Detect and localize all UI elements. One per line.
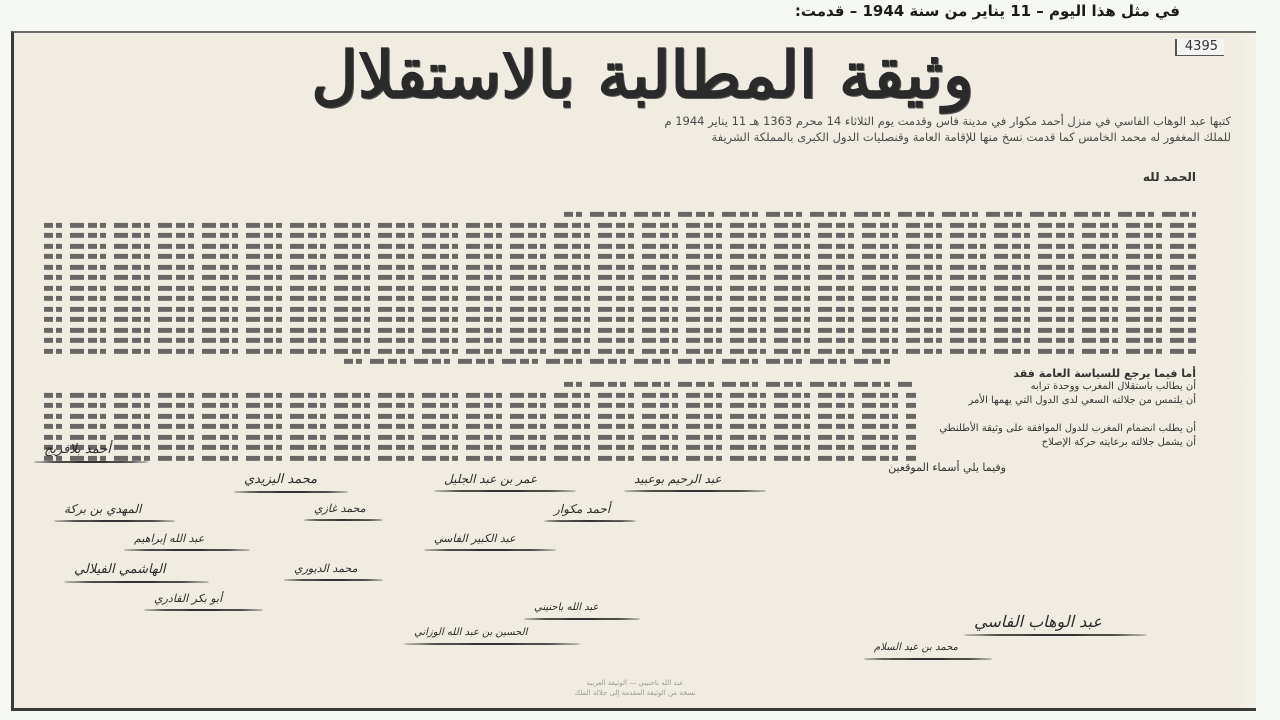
signature-flourish	[544, 520, 636, 522]
body-text-line	[44, 222, 1196, 227]
body-text-line	[44, 424, 916, 429]
footnote: عبد الله باحنيني — الوثيقة العربية نسخة …	[194, 678, 1076, 698]
body-text-line	[564, 382, 916, 387]
signature: عبد الله إبراهيم	[134, 532, 204, 545]
signature: أحمد بلافريج	[44, 442, 111, 457]
body-text-line	[44, 296, 1196, 301]
signature: عبد الوهاب الفاسي	[974, 612, 1102, 631]
signature-flourish	[864, 658, 992, 660]
signature-flourish	[964, 634, 1147, 636]
signature-flourish	[64, 581, 209, 583]
signature: محمد غازي	[314, 502, 366, 515]
body-text-line	[44, 455, 916, 460]
list-item: أن يطلب انضمام المغرب للدول الموافقة على…	[939, 423, 1196, 434]
signature-flourish	[34, 461, 148, 463]
document-body	[44, 209, 1196, 367]
body-text-line	[44, 317, 1196, 322]
document-subtitle: كتبها عبد الوهاب الفاسي في منزل أحمد مكو…	[54, 113, 1231, 145]
signature: عبد الرحيم بوعبيد	[634, 472, 722, 486]
signature-flourish	[434, 490, 576, 492]
signature: محمد اليزيدي	[244, 472, 317, 487]
body-text-line	[44, 348, 1196, 353]
body-text-line	[344, 359, 896, 364]
signature-flourish	[304, 519, 383, 521]
signature-flourish	[284, 579, 383, 581]
signature-flourish	[524, 618, 640, 620]
salutation: الحمد لله	[1143, 170, 1196, 184]
signature: عمر بن عبد الجليل	[444, 472, 537, 486]
signature: أحمد مكوار	[554, 502, 610, 516]
signature-flourish	[234, 491, 348, 493]
signature: أبو بكر القادري	[154, 592, 222, 605]
body-text-line	[44, 233, 1196, 238]
signature-flourish	[144, 609, 263, 611]
body-text-line	[44, 285, 1196, 290]
body-text-line	[44, 254, 1196, 259]
subtitle-line: كتبها عبد الوهاب الفاسي في منزل أحمد مكو…	[54, 113, 1231, 129]
signature-flourish	[404, 643, 580, 645]
signature: الحسين بن عبد الله الوزاني	[414, 627, 527, 638]
body-text-line	[44, 403, 916, 408]
subtitle-line: للملك المغفور له محمد الخامس كما قدمت نس…	[54, 129, 1231, 145]
body-text-line	[44, 243, 1196, 248]
body-text-line	[44, 413, 916, 418]
signature-flourish	[424, 549, 556, 551]
section-heading: أما فيما يرجع للسياسة العامة فقد	[1013, 367, 1196, 380]
list-item: أن يشمل جلالته برعايته حركة الإصلاح	[1042, 437, 1196, 448]
body-text-line	[44, 264, 1196, 269]
signature: الهاشمي الفيلالي	[74, 562, 166, 577]
signature-flourish	[54, 520, 175, 522]
footnote-line: نسخة من الوثيقة المقدمة إلى جلالة الملك	[194, 688, 1076, 698]
list-item: أن يطالب باستقلال المغرب ووحدة ترابه	[1031, 381, 1196, 392]
photo-caption: في مثل هذا اليوم – 11 يناير من سنة 1944 …	[0, 2, 1180, 20]
body-text-line	[564, 212, 1196, 217]
body-text-line	[44, 338, 1196, 343]
body-text-line	[44, 434, 916, 439]
body-text-line	[44, 327, 1196, 332]
signature: عبد الله باحنيني	[534, 602, 599, 613]
body-text-line	[44, 392, 916, 397]
list-item: أن يلتمس من جلالته السعي لدى الدول التي …	[969, 395, 1196, 406]
signature: المهدي بن بركة	[64, 502, 141, 516]
signature: عبد الكبير الفاسي	[434, 532, 516, 545]
signatures-intro: وفيما يلي أسماء الموقعين	[888, 461, 1006, 474]
list-continuation	[44, 379, 916, 463]
signature: محمد الديوري	[294, 562, 357, 575]
body-text-line	[44, 445, 916, 450]
signature-flourish	[624, 490, 766, 492]
document-title: وثيقة المطالبة بالاستقلال	[69, 36, 1216, 116]
body-text-line	[44, 306, 1196, 311]
signature: محمد بن عبد السلام	[874, 642, 958, 653]
footnote-line: عبد الله باحنيني — الوثيقة العربية	[194, 678, 1076, 688]
body-text-line	[44, 275, 1196, 280]
document-scan: 4395 وثيقة المطالبة بالاستقلال كتبها عبد…	[11, 31, 1256, 711]
signature-flourish	[124, 549, 250, 551]
